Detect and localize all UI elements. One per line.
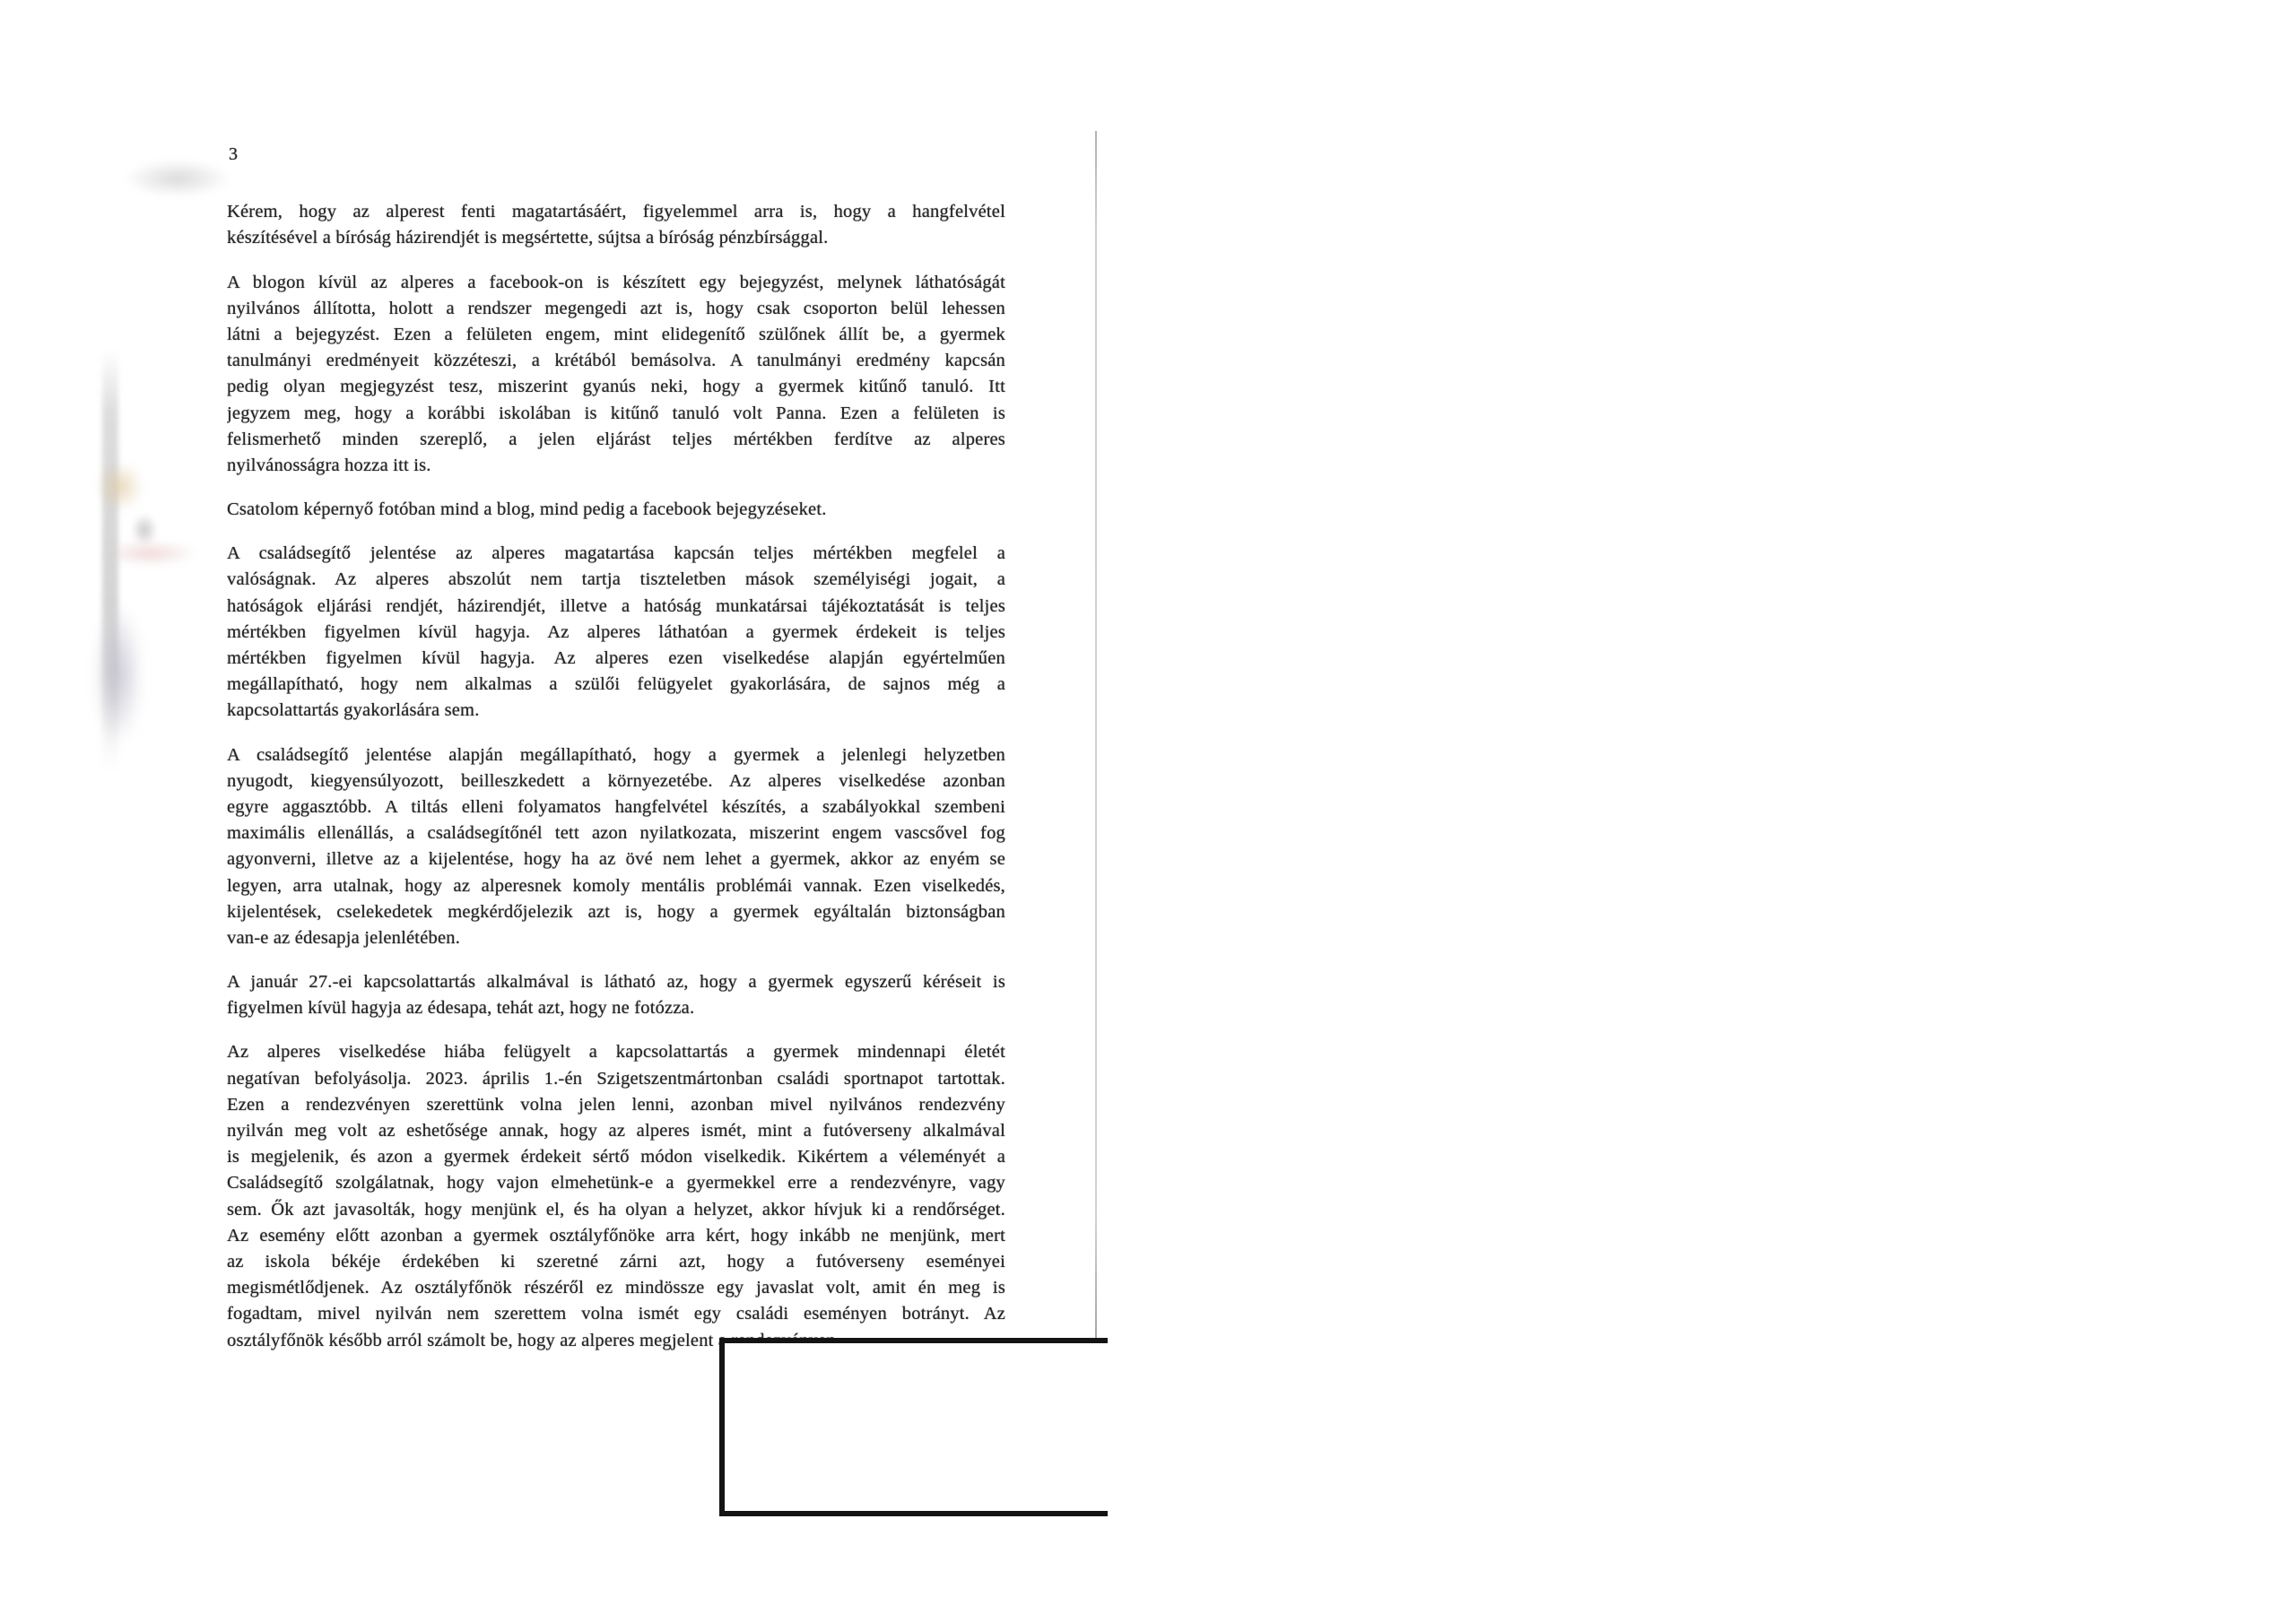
text-line: figyelmen kívül hagyja az édesapa, tehát… xyxy=(227,995,1005,1021)
paragraph: Az alperes viselkedése hiába felügyelt a… xyxy=(227,1039,1005,1353)
scan-edge-smudge xyxy=(102,350,118,771)
text-line: A blogon kívül az alperes a facebook-on … xyxy=(227,270,1005,296)
paragraph: Csatolom képernyő fotóban mind a blog, m… xyxy=(227,497,1005,523)
text-line: egyre aggasztóbb. A tiltás elleni folyam… xyxy=(227,794,1005,820)
text-line: A családsegítő jelentése az alperes maga… xyxy=(227,541,1005,567)
text-line: Az esemény előtt azonban a gyermek osztá… xyxy=(227,1223,1005,1249)
text-line: az iskola békéje érdekében ki szeretné z… xyxy=(227,1249,1005,1275)
text-line: Ezen a rendezvényen szerettünk volna jel… xyxy=(227,1092,1005,1118)
text-line: kijelentések, cselekedetek megkérdőjelez… xyxy=(227,899,1005,925)
text-line: megismétlődjenek. Az osztályfőnök részér… xyxy=(227,1275,1005,1301)
text-line: megállapítható, hogy nem alkalmas a szül… xyxy=(227,672,1005,698)
paragraph: A családsegítő jelentése az alperes maga… xyxy=(227,541,1005,724)
text-line: hatóságok eljárási rendjét, házirendjét,… xyxy=(227,594,1005,620)
document-body: Kérem, hogy az alperest fenti magatartás… xyxy=(227,199,1005,1354)
text-line: nyugodt, kiegyensúlyozott, beilleszkedet… xyxy=(227,768,1005,794)
scan-smudge xyxy=(131,513,158,547)
text-line: Családsegítő szolgálatnak, hogy vajon el… xyxy=(227,1170,1005,1196)
text-line: nyilvánosságra hozza itt is. xyxy=(227,453,1005,479)
text-line: negatívan befolyásolja. 2023. április 1.… xyxy=(227,1066,1005,1092)
text-line: fogadtam, mivel nyilván nem szerettem vo… xyxy=(227,1301,1005,1327)
text-line: Kérem, hogy az alperest fenti magatartás… xyxy=(227,199,1005,225)
redaction-box xyxy=(719,1338,1108,1516)
text-line: is megjelenik, és azon a gyermek érdekei… xyxy=(227,1144,1005,1170)
text-line: tanulmányi eredményeit közzéteszi, a kré… xyxy=(227,348,1005,374)
text-line: készítésével a bíróság házirendjét is me… xyxy=(227,225,1005,251)
scan-smudge xyxy=(124,160,231,197)
text-line: Csatolom képernyő fotóban mind a blog, m… xyxy=(227,497,1005,523)
text-line: kapcsolattartás gyakorlására sem. xyxy=(227,698,1005,724)
text-line: A január 27.-ei kapcsolattartás alkalmáv… xyxy=(227,969,1005,995)
text-line: sem. Ők azt javasolták, hogy menjünk el,… xyxy=(227,1197,1005,1223)
text-line: agyonverni, illetve az a kijelentése, ho… xyxy=(227,846,1005,872)
scanned-document-page: 3 Kérem, hogy az alperest fenti magatart… xyxy=(227,135,1005,1372)
text-line: valóságnak. Az alperes abszolút nem tart… xyxy=(227,567,1005,593)
text-line: látni a bejegyzést. Ezen a felületen eng… xyxy=(227,322,1005,348)
scan-smudge xyxy=(93,603,143,746)
text-line: jegyzem meg, hogy a korábbi iskolában is… xyxy=(227,401,1005,427)
page-number: 3 xyxy=(229,142,1005,168)
scan-smudge xyxy=(100,540,199,567)
paragraph: A január 27.-ei kapcsolattartás alkalmáv… xyxy=(227,969,1005,1021)
scan-smudge xyxy=(97,462,143,511)
text-line: nyilvános állította, holott a rendszer m… xyxy=(227,296,1005,322)
text-line: mértékben figyelmen kívül hagyja. Az alp… xyxy=(227,620,1005,646)
text-line: legyen, arra utalnak, hogy az alperesnek… xyxy=(227,873,1005,899)
paragraph: Kérem, hogy az alperest fenti magatartás… xyxy=(227,199,1005,251)
text-line: A családsegítő jelentése alapján megálla… xyxy=(227,742,1005,768)
paragraph: A családsegítő jelentése alapján megálla… xyxy=(227,742,1005,952)
scanned-document-canvas: { "page": { "number": "3" }, "colors": {… xyxy=(0,0,2296,1623)
text-line: van-e az édesapja jelenlétében. xyxy=(227,925,1005,951)
page-edge-shadow xyxy=(1095,131,1097,1338)
text-line: maximális ellenállás, a családsegítőnél … xyxy=(227,820,1005,846)
text-line: felismerhető minden szereplő, a jelen el… xyxy=(227,427,1005,453)
paragraph: A blogon kívül az alperes a facebook-on … xyxy=(227,270,1005,480)
text-line: mértékben figyelmen kívül hagyja. Az alp… xyxy=(227,646,1005,672)
text-line: nyilván meg volt az eshetősége annak, ho… xyxy=(227,1118,1005,1144)
text-line: Az alperes viselkedése hiába felügyelt a… xyxy=(227,1039,1005,1065)
text-line: pedig olyan megjegyzést tesz, miszerint … xyxy=(227,374,1005,400)
